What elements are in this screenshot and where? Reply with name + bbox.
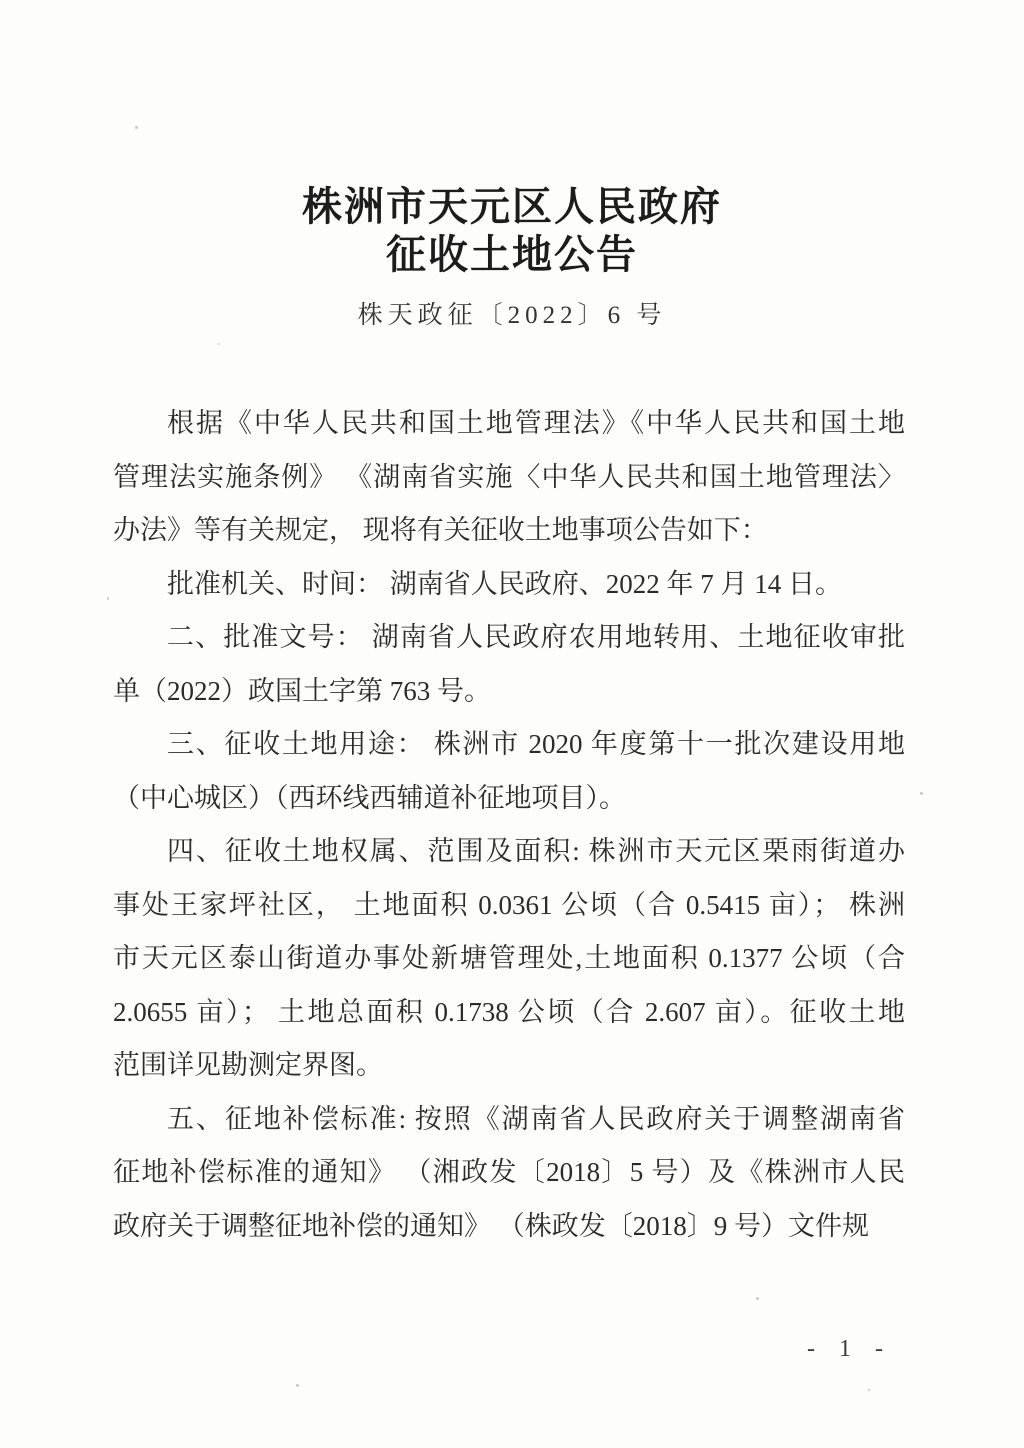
- text-line: 三、征收土地用途： 株洲市 2020 年度第十一批次建设用地: [113, 718, 905, 772]
- scan-speck: [868, 1389, 870, 1391]
- text-line: 四、征收土地权属、范围及面积: 株洲市天元区栗雨街道办: [113, 825, 905, 879]
- text-line: 市天元区泰山街道办事处新塘管理处,土地面积 0.1377 公顷（合: [113, 932, 905, 986]
- text-line: 政府关于调整征地补偿的通知》 （株政发〔2018〕9 号）文件规: [113, 1200, 905, 1254]
- text-line: 2.0655 亩）； 土地总面积 0.1738 公顷（合 2.607 亩）。征收…: [113, 986, 905, 1040]
- text-line: 根据《中华人民共和国土地管理法》《中华人民共和国土地: [113, 397, 905, 451]
- document-number: 株天政征〔2022〕6 号: [0, 295, 1024, 331]
- text-line: 事处王家坪社区， 土地面积 0.0361 公顷（合 0.5415 亩）； 株洲: [113, 879, 905, 933]
- text-line: 办法》等有关规定， 现将有关征收土地事项公告如下：: [113, 504, 905, 558]
- text-line: 征地补偿标准的通知》 （湘政发〔2018〕5 号）及《株洲市人民: [113, 1146, 905, 1200]
- text-line: （中心城区）（西环线西辅道补征地项目）。: [113, 772, 905, 826]
- text-line: 管理法实施条例》 《湖南省实施〈中华人民共和国土地管理法〉: [113, 451, 905, 505]
- document-body: 根据《中华人民共和国土地管理法》《中华人民共和国土地管理法实施条例》 《湖南省实…: [113, 397, 905, 1253]
- text-line: 单（2022）政国土字第 763 号。: [113, 665, 905, 719]
- scan-speck: [920, 792, 923, 795]
- scan-speck: [135, 126, 138, 129]
- text-line: 批准机关、时间： 湖南省人民政府、2022 年 7 月 14 日。: [113, 558, 905, 612]
- document-title-line2: 征收土地公告: [0, 231, 1024, 279]
- text-line: 五、征地补偿标准: 按照《湖南省人民政府关于调整湖南省: [113, 1093, 905, 1147]
- page-number: - 1 -: [807, 1336, 892, 1363]
- document-title-line1: 株洲市天元区人民政府: [0, 183, 1024, 231]
- scan-speck: [756, 1297, 759, 1300]
- scan-speck: [107, 597, 109, 600]
- scanned-document-page: 株洲市天元区人民政府 征收土地公告 株天政征〔2022〕6 号 根据《中华人民共…: [0, 0, 1024, 1448]
- document-header: 株洲市天元区人民政府 征收土地公告: [0, 0, 1024, 279]
- text-line: 二、批准文号： 湖南省人民政府农用地转用、土地征收审批: [113, 611, 905, 665]
- scan-speck: [296, 1384, 299, 1387]
- text-line: 范围详见勘测定界图。: [113, 1039, 905, 1093]
- scan-speck: [218, 343, 220, 345]
